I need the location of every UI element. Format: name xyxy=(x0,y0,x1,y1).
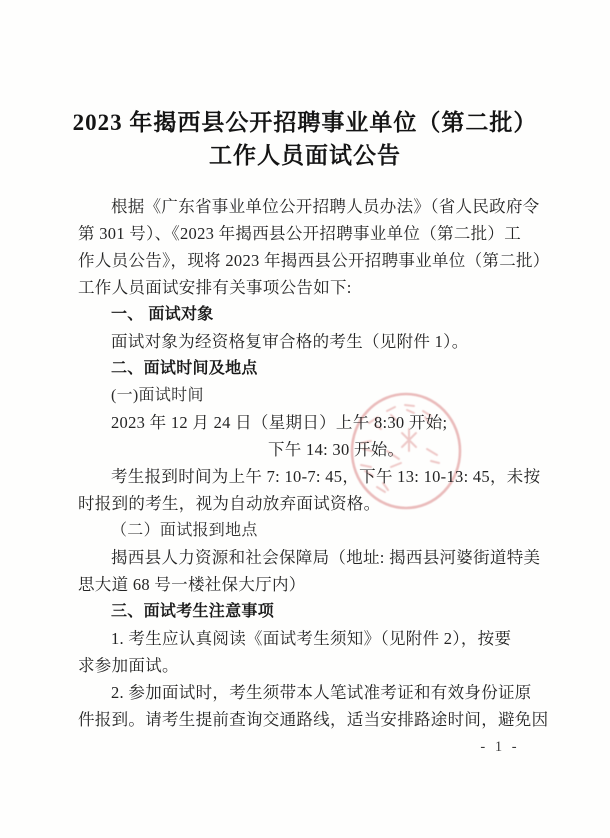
section-heading-3: 三、面试考生注意事项 xyxy=(78,598,536,625)
doc-line: 面试对象为经资格复审合格的考生（见附件 1）。 xyxy=(78,328,536,355)
doc-line: 2. 参加面试时，考生须带本人笔试准考证和有效身份证原 xyxy=(78,679,536,706)
title-line-1: 2023 年揭西县公开招聘事业单位（第二批） xyxy=(0,106,610,139)
section-heading-1: 一、 面试对象 xyxy=(78,301,536,328)
sub-heading-2-1: (一)面试时间 xyxy=(78,382,536,409)
document-page: 2023 年揭西县公开招聘事业单位（第二批） 工作人员面试公告 根据《广东省事业… xyxy=(0,0,610,838)
doc-line: 考生报到时间为上午 7: 10-7: 45，下午 13: 10-13: 45，未… xyxy=(78,463,536,490)
page-number: - 1 - xyxy=(455,739,545,756)
doc-line: 第 301 号）、《2023 年揭西县公开招聘事业单位（第二批）工 xyxy=(78,220,536,247)
page-title: 2023 年揭西县公开招聘事业单位（第二批） 工作人员面试公告 xyxy=(0,106,610,172)
doc-line: 揭西县人力资源和社会保障局（地址: 揭西县河婆街道特美 xyxy=(78,544,536,571)
doc-line: 根据《广东省事业单位公开招聘人员办法》（省人民政府令 xyxy=(78,193,536,220)
doc-line: 思大道 68 号一楼社保大厅内） xyxy=(78,571,536,598)
doc-line: 1. 考生应认真阅读《面试考生须知》（见附件 2），按要 xyxy=(78,625,536,652)
body-text: 根据《广东省事业单位公开招聘人员办法》（省人民政府令 第 301 号）、《202… xyxy=(78,193,536,733)
doc-line: 2023 年 12 月 24 日（星期日）上午 8:30 开始; xyxy=(78,409,536,436)
section-heading-2: 二、面试时间及地点 xyxy=(78,355,536,382)
doc-line: 时报到的考生，视为自动放弃面试资格。 xyxy=(78,490,536,517)
sub-heading-2-2: （二）面试报到地点 xyxy=(78,517,536,544)
doc-line: 件报到。请考生提前查询交通路线，适当安排路途时间，避免因 xyxy=(78,706,536,733)
doc-line: 下午 14: 30 开始。 xyxy=(78,436,536,463)
doc-line: 求参加面试。 xyxy=(78,652,536,679)
title-line-2: 工作人员面试公告 xyxy=(0,139,610,172)
doc-line: 工作人员面试安排有关事项公告如下: xyxy=(78,274,536,301)
doc-line: 作人员公告》，现将 2023 年揭西县公开招聘事业单位（第二批） xyxy=(78,247,536,274)
